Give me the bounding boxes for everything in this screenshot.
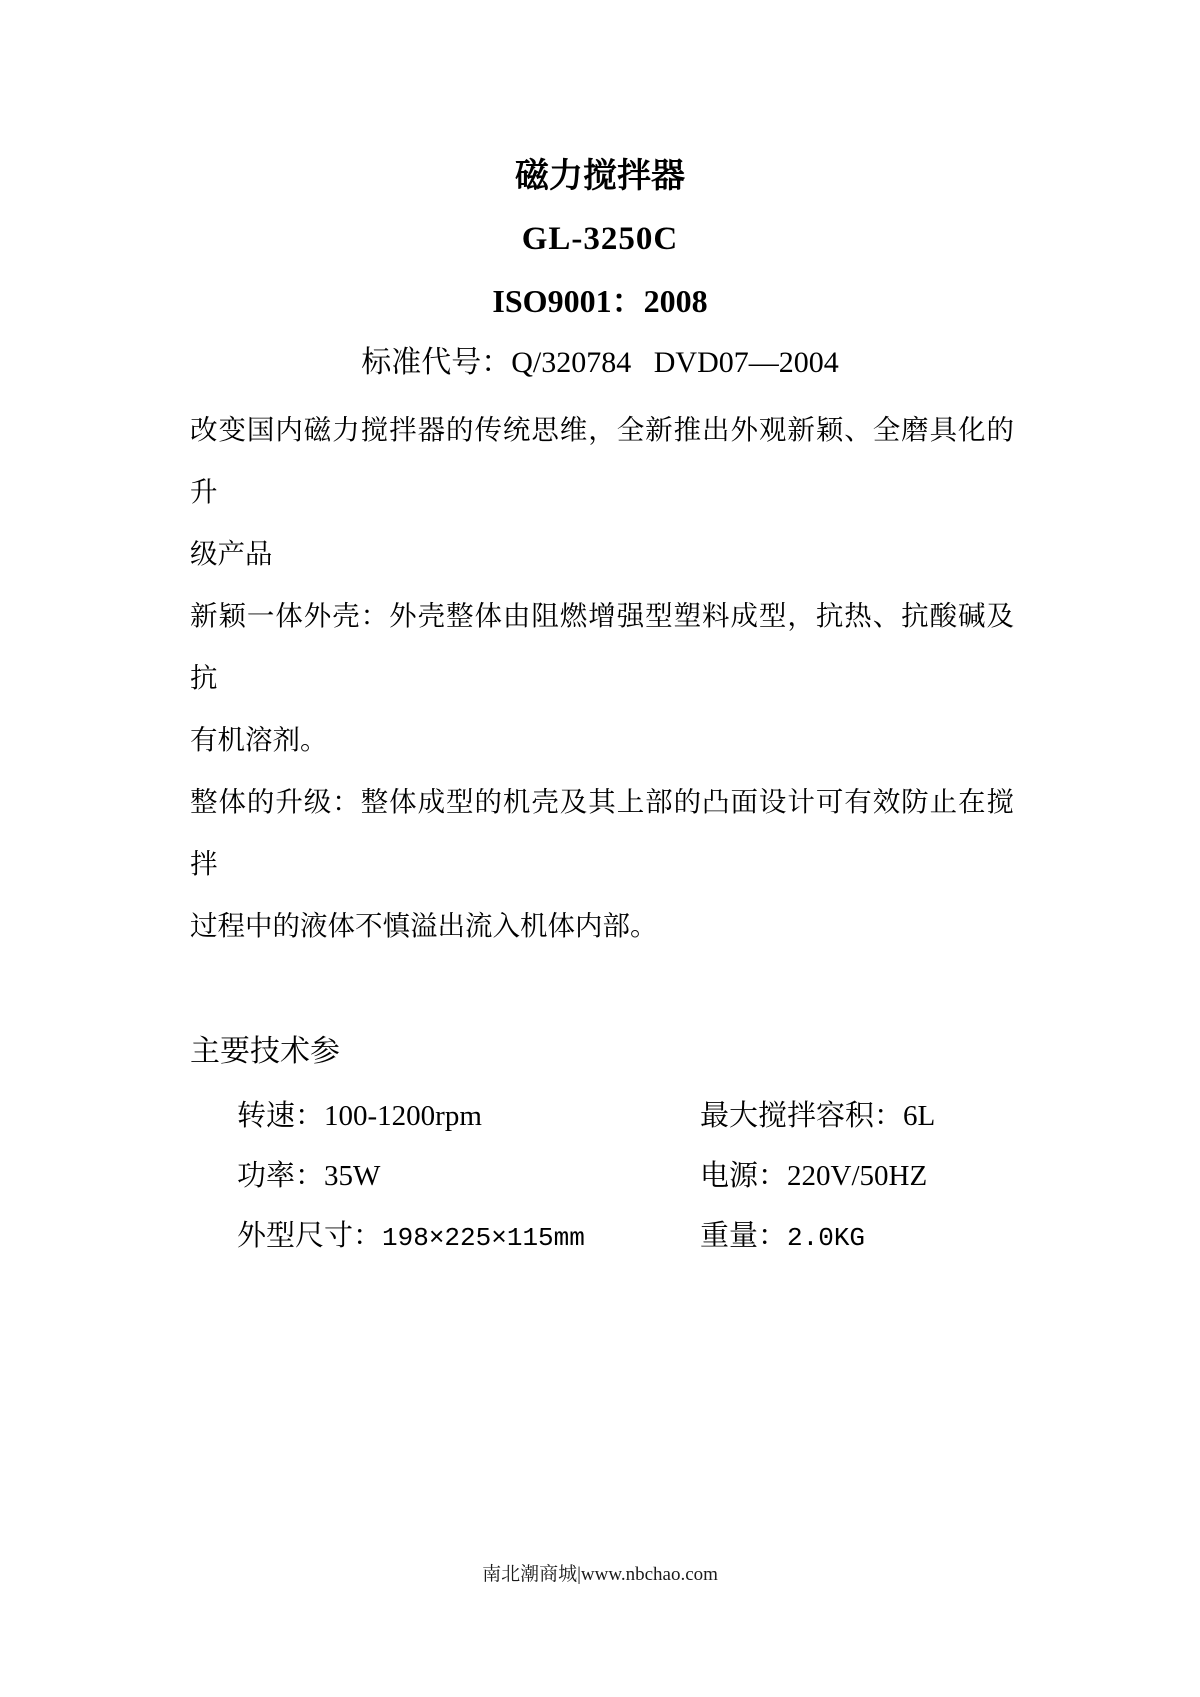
- spec-cell-weight: 重量：2.0KG: [700, 1206, 1150, 1268]
- paragraph-line: 级产品: [190, 523, 1014, 585]
- spec-value: 6L: [903, 1100, 935, 1132]
- specs-heading: 主要技术参: [190, 1021, 1200, 1083]
- spec-label: 电源：: [700, 1160, 787, 1192]
- document-header: 磁力搅拌器 GL-3250C ISO9001：2008 标准代号：Q/32078…: [0, 0, 1200, 394]
- footer-watermark: 南北潮商城|www.nbchao.com: [0, 1562, 1200, 1588]
- specs-list: 转速：100-1200rpm 最大搅拌容积：6L 功率：35W 电源：220V/…: [190, 1086, 1150, 1268]
- spec-cell-power: 功率：35W: [190, 1146, 700, 1206]
- paragraph-line: 新颖一体外壳：外壳整体由阻燃增强型塑料成型，抗热、抗酸碱及抗: [190, 585, 1014, 709]
- paragraph-line: 有机溶剂。: [190, 709, 1014, 771]
- spec-row: 转速：100-1200rpm 最大搅拌容积：6L: [190, 1086, 1150, 1146]
- paragraph-line: 过程中的液体不慎溢出流入机体内部。: [190, 895, 1014, 957]
- standard-code: 标准代号：Q/320784 DVD07—2004: [0, 332, 1200, 394]
- spec-row: 外型尺寸：198×225×115mm 重量：2.0KG: [190, 1206, 1150, 1268]
- spec-value: 100-1200rpm: [324, 1100, 482, 1132]
- paragraph-line: 改变国内磁力搅拌器的传统思维，全新推出外观新颖、全磨具化的升: [190, 399, 1014, 523]
- spec-label: 功率：: [237, 1160, 324, 1192]
- spec-value: 35W: [324, 1160, 380, 1192]
- spec-value: 2.0KG: [787, 1223, 865, 1253]
- description-paragraphs: 改变国内磁力搅拌器的传统思维，全新推出外观新颖、全磨具化的升 级产品 新颖一体外…: [190, 399, 1014, 957]
- spec-cell-speed: 转速：100-1200rpm: [190, 1086, 700, 1146]
- document-page: 磁力搅拌器 GL-3250C ISO9001：2008 标准代号：Q/32078…: [0, 0, 1200, 1697]
- spec-label: 最大搅拌容积：: [700, 1100, 903, 1132]
- spec-label: 重量：: [700, 1220, 787, 1252]
- spec-label: 转速：: [237, 1100, 324, 1132]
- spec-value: 220V/50HZ: [787, 1160, 927, 1192]
- page-title: 磁力搅拌器: [0, 146, 1200, 208]
- spec-cell-dimensions: 外型尺寸：198×225×115mm: [190, 1206, 700, 1268]
- spec-value: 198×225×115mm: [382, 1223, 585, 1253]
- spec-row: 功率：35W 电源：220V/50HZ: [190, 1146, 1150, 1206]
- model-number: GL-3250C: [0, 208, 1200, 270]
- spec-cell-supply: 电源：220V/50HZ: [700, 1146, 1150, 1206]
- spec-cell-max-volume: 最大搅拌容积：6L: [700, 1086, 1150, 1146]
- paragraph-line: 整体的升级：整体成型的机壳及其上部的凸面设计可有效防止在搅拌: [190, 771, 1014, 895]
- spec-label: 外型尺寸：: [237, 1220, 382, 1252]
- iso-certification: ISO9001：2008: [0, 270, 1200, 332]
